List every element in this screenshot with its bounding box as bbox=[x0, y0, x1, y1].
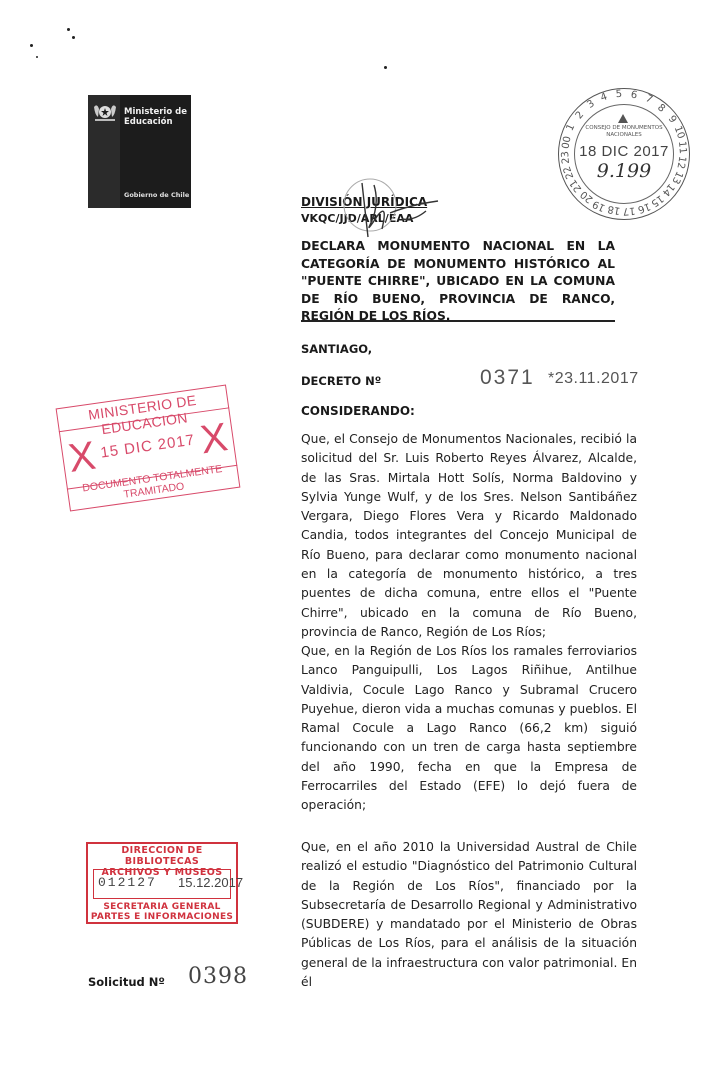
decree-date: *23.11.2017 bbox=[548, 370, 639, 388]
scan-speck bbox=[30, 44, 33, 47]
hour-ring-number: 23 bbox=[560, 150, 572, 165]
hour-ring-number: 11 bbox=[676, 140, 688, 155]
considerando-paragraph-1: Que, el Consejo de Monumentos Nacionales… bbox=[301, 430, 637, 642]
scan-speck bbox=[72, 36, 75, 39]
hour-ring-number: 00 bbox=[560, 135, 573, 151]
considerando-paragraph-2: Que, en la Región de Los Ríos los ramale… bbox=[301, 642, 637, 816]
decree-number: 0371 bbox=[480, 366, 535, 390]
triangle-icon bbox=[618, 114, 628, 123]
decree-title: DECLARA MONUMENTO NACIONAL EN LA CATEGOR… bbox=[301, 238, 615, 326]
scan-speck bbox=[67, 28, 70, 31]
ministry-logo: Ministerio de Educación Gobierno de Chil… bbox=[88, 95, 191, 208]
city-label: SANTIAGO, bbox=[301, 342, 372, 356]
hour-ring-number: 18 bbox=[606, 203, 622, 216]
scan-speck bbox=[36, 56, 38, 58]
stamp-line-4: PARTES E INFORMACIONES bbox=[86, 912, 238, 922]
considerando-heading: CONSIDERANDO: bbox=[301, 404, 415, 418]
request-number-label: Solicitud Nº bbox=[88, 975, 165, 989]
considerando-paragraph-3: Que, en el año 2010 la Universidad Austr… bbox=[301, 838, 637, 992]
hour-ring-number: 17 bbox=[622, 204, 637, 216]
title-divider bbox=[301, 320, 615, 322]
stamp-date: 15.12.2017 bbox=[178, 875, 243, 890]
stamp-handwritten-number: 9.199 bbox=[578, 160, 670, 182]
stamp-date: 18 DIC 2017 bbox=[578, 143, 670, 160]
hour-ring-number: 6 bbox=[626, 89, 642, 102]
coat-of-arms-icon bbox=[92, 101, 118, 123]
hour-ring-number: 5 bbox=[611, 89, 626, 101]
government-label: Gobierno de Chile bbox=[124, 191, 189, 199]
stamp-line-1: DIRECCION DE BIBLIOTECAS bbox=[86, 845, 238, 867]
scan-speck bbox=[384, 66, 387, 69]
decree-number-label: DECRETO Nº bbox=[301, 374, 381, 388]
mineduc-processed-stamp: MINISTERIO DE EDUCACION X X 15 DIC 2017 … bbox=[56, 385, 241, 512]
stamp-organization: CONSEJO DE MONUMENTOS NACIONALES bbox=[578, 125, 670, 138]
stamp-line-3: SECRETARIA GENERAL bbox=[86, 902, 238, 912]
signature-mark bbox=[330, 175, 440, 245]
ministry-line-1: Ministerio de bbox=[124, 107, 187, 117]
cmn-reception-stamp: 123456789101112131415161718192021222300 … bbox=[558, 88, 690, 220]
stamp-footer: SECRETARIA GENERAL PARTES E INFORMACIONE… bbox=[86, 902, 238, 922]
ministry-name: Ministerio de Educación bbox=[124, 107, 187, 127]
request-number: 0398 bbox=[188, 964, 248, 989]
ministry-line-2: Educación bbox=[124, 117, 187, 127]
dibam-reception-stamp: DIRECCION DE BIBLIOTECAS ARCHIVOS Y MUSE… bbox=[86, 842, 238, 924]
stamp-number: 012127 bbox=[98, 875, 157, 890]
